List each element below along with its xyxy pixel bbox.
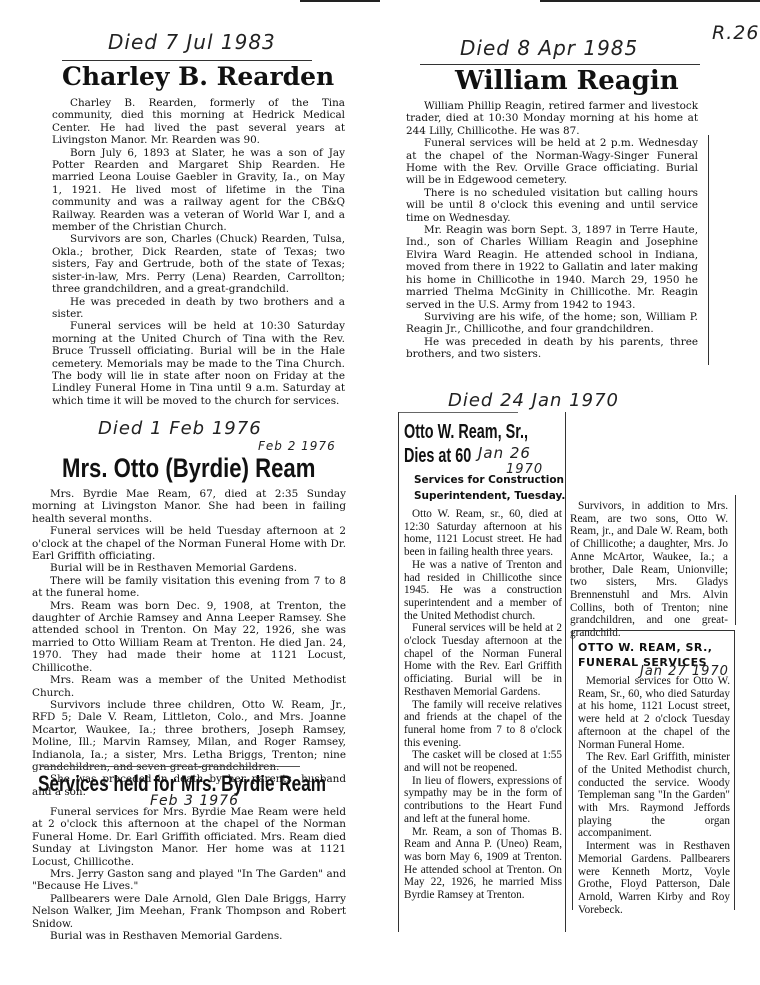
article-body: Funeral services for Mrs. Byrdie Mae Rea… (32, 806, 346, 942)
article-body: Charley B. Rearden, formerly of the Tina… (52, 97, 345, 407)
divider (574, 630, 734, 631)
headline-line-1: OTTO W. REAM, SR., (578, 640, 712, 655)
corner-note: R.26 (712, 22, 759, 44)
paragraph: Survivors are son, Charles (Chuck) Reard… (52, 233, 345, 295)
handwritten-date: Died 8 Apr 1985 (460, 36, 638, 60)
headline-line-1: Otto W. Ream, Sr., (404, 420, 528, 444)
paragraph: Mrs. Byrdie Mae Ream, 67, died at 2:35 S… (32, 488, 346, 525)
paragraph: Interment was in Resthaven Memorial Gard… (578, 840, 730, 916)
paragraph: Burial will be in Resthaven Memorial Gar… (32, 562, 346, 574)
paragraph: He was preceded in death by two brothers… (52, 296, 345, 321)
paragraph: Mr. Reagin was born Sept. 3, 1897 in Ter… (406, 224, 698, 311)
paragraph: He was a native of Trenton and had resid… (404, 559, 562, 623)
paragraph: Mrs. Jerry Gaston sang and played "In Th… (32, 868, 346, 893)
paragraph: Otto W. Ream, sr., 60, died at 12:30 Sat… (404, 508, 562, 559)
paragraph: Mrs. Ream was a member of the United Met… (32, 674, 346, 699)
article-body-col-2: Survivors, in addition to Mrs. Ream, are… (570, 500, 728, 640)
headline: Mrs. Otto (Byrdie) Ream (62, 452, 315, 484)
paragraph: Surviving are his wife, of the home; son… (406, 311, 698, 336)
divider (398, 412, 518, 413)
subheadline: Services for Construction Superintendent… (414, 472, 565, 504)
paragraph: The casket will be closed at 1:55 and wi… (404, 749, 562, 774)
paragraph: Funeral services will be held at 2 o'clo… (404, 622, 562, 698)
top-edge-mark-left (300, 0, 380, 2)
paragraph: Funeral services will be held Tuesday af… (32, 525, 346, 562)
paragraph: Funeral services for Mrs. Byrdie Mae Rea… (32, 806, 346, 868)
clip-edge-right (735, 495, 736, 625)
clip-edge-right (734, 630, 735, 910)
paragraph: William Phillip Reagin, retired farmer a… (406, 100, 698, 137)
handwritten-note: Jan 26 (478, 444, 531, 462)
paragraph: Funeral services will be held at 10:30 S… (52, 320, 345, 407)
paragraph: The family will receive relatives and fr… (404, 699, 562, 750)
article-body: Memorial services for Otto W. Ream, Sr.,… (578, 675, 730, 916)
article-body-col-1: Otto W. Ream, sr., 60, died at 12:30 Sat… (404, 508, 562, 902)
article-body: William Phillip Reagin, retired farmer a… (406, 100, 698, 361)
paragraph: Born July 6, 1893 at Slater, he was a so… (52, 147, 345, 234)
handwritten-date: Died 24 Jan 1970 (448, 390, 619, 411)
paragraph: There will be family visitation this eve… (32, 575, 346, 600)
paragraph: Memorial services for Otto W. Ream, Sr.,… (578, 675, 730, 751)
article-body: Mrs. Byrdie Mae Ream, 67, died at 2:35 S… (32, 488, 346, 798)
paragraph: Burial was in Resthaven Memorial Gardens… (32, 930, 346, 942)
paragraph: He was preceded in death by his parents,… (406, 336, 698, 361)
headline: Charley B. Rearden (62, 60, 334, 94)
headline: William Reagin (455, 64, 679, 98)
clip-edge-left (572, 630, 573, 910)
paragraph: There is no scheduled visitation but cal… (406, 187, 698, 224)
paragraph: The Rev. Earl Griffith, minister of the … (578, 751, 730, 840)
paragraph: Charley B. Rearden, formerly of the Tina… (52, 97, 345, 147)
divider (40, 766, 300, 767)
clip-edge (708, 135, 709, 365)
paragraph: Mr. Ream, a son of Thomas B. Ream and An… (404, 826, 562, 902)
paragraph: Mrs. Ream was born Dec. 9, 1908, at Tren… (32, 600, 346, 674)
handwritten-date: Died 1 Feb 1976 (98, 418, 262, 439)
paragraph: In lieu of flowers, expressions of sympa… (404, 775, 562, 826)
subheadline-line-2: Superintendent, Tuesday. (414, 488, 565, 504)
handwritten-date: Died 7 Jul 1983 (108, 30, 276, 54)
headline-line-2: Dies at 60 (404, 444, 471, 468)
paragraph: Survivors, in addition to Mrs. Ream, are… (570, 500, 728, 640)
clip-edge-left (398, 412, 399, 932)
paragraph: Funeral services will be held at 2 p.m. … (406, 137, 698, 187)
paragraph: Pallbearers were Dale Arnold, Glen Dale … (32, 893, 346, 930)
paragraph: Survivors include three children, Otto W… (32, 699, 346, 773)
top-edge-mark-right (540, 0, 760, 2)
subheadline-line-1: Services for Construction (414, 472, 565, 488)
